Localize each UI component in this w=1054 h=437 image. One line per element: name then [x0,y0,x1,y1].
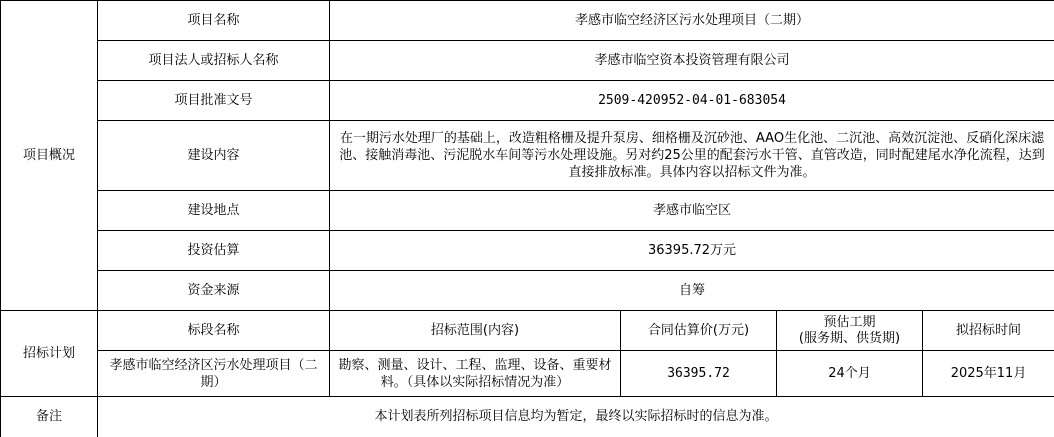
cell-scope: 勘察、测量、设计、工程、监理、设备、重要材料。（具体以实际招标情况为准） [330,351,621,397]
cell-section-name: 孝感市临空经济区污水处理项目（二期） [98,351,330,397]
value-project-name: 孝感市临空经济区污水处理项目（二期） [330,1,1054,41]
bidding-plan-table: 项目概况 项目名称 孝感市临空经济区污水处理项目（二期） 项目法人或招标人名称 … [0,0,1054,437]
row-construction-content: 建设内容 在一期污水处理厂的基础上，改造粗格栅及提升泵房、细格栅及沉砂池、AAO… [1,121,1054,191]
label-investment: 投资估算 [98,231,330,271]
value-investment: 36395.72万元 [330,231,1054,271]
row-approval-number: 项目批准文号 2509-420952-04-01-683054 [1,81,1054,121]
header-scope: 招标范围(内容) [330,311,621,351]
value-funding-source: 自筹 [330,271,1054,311]
row-investment: 投资估算 36395.72万元 [1,231,1054,271]
header-section-name: 标段名称 [98,311,330,351]
label-location: 建设地点 [98,191,330,231]
section-label-overview: 项目概况 [1,1,98,311]
row-remarks: 备注 本计划表所列招标项目信息均为暂定，最终以实际招标时的信息为准。 [1,397,1054,437]
label-funding-source: 资金来源 [98,271,330,311]
header-duration-line2: (服务期、供货期) [780,331,919,347]
header-duration: 预估工期 (服务期、供货期) [777,311,923,351]
bid-plan-header-row: 招标计划 标段名称 招标范围(内容) 合同估算价(万元) 预估工期 (服务期、供… [1,311,1054,351]
label-remarks: 备注 [1,397,98,437]
cell-contract-price: 36395.72 [621,351,777,397]
section-label-bid-plan: 招标计划 [1,311,98,397]
label-project-name: 项目名称 [98,1,330,41]
value-remarks: 本计划表所列招标项目信息均为暂定，最终以实际招标时的信息为准。 [98,397,1054,437]
bid-plan-row: 孝感市临空经济区污水处理项目（二期） 勘察、测量、设计、工程、监理、设备、重要材… [1,351,1054,397]
row-project-name: 项目概况 项目名称 孝感市临空经济区污水处理项目（二期） [1,1,1054,41]
row-funding-source: 资金来源 自筹 [1,271,1054,311]
value-construction-content: 在一期污水处理厂的基础上，改造粗格栅及提升泵房、细格栅及沉砂池、AAO生化池、二… [330,121,1054,191]
row-location: 建设地点 孝感市临空区 [1,191,1054,231]
cell-duration: 24个月 [777,351,923,397]
cell-bid-time: 2025年11月 [923,351,1054,397]
value-tenderer: 孝感市临空资本投资管理有限公司 [330,41,1054,81]
row-tenderer: 项目法人或招标人名称 孝感市临空资本投资管理有限公司 [1,41,1054,81]
value-location: 孝感市临空区 [330,191,1054,231]
header-bid-time: 拟招标时间 [923,311,1054,351]
label-tenderer: 项目法人或招标人名称 [98,41,330,81]
header-contract-price: 合同估算价(万元) [621,311,777,351]
value-approval-number: 2509-420952-04-01-683054 [330,81,1054,121]
label-construction-content: 建设内容 [98,121,330,191]
header-duration-line1: 预估工期 [780,315,919,331]
label-approval-number: 项目批准文号 [98,81,330,121]
